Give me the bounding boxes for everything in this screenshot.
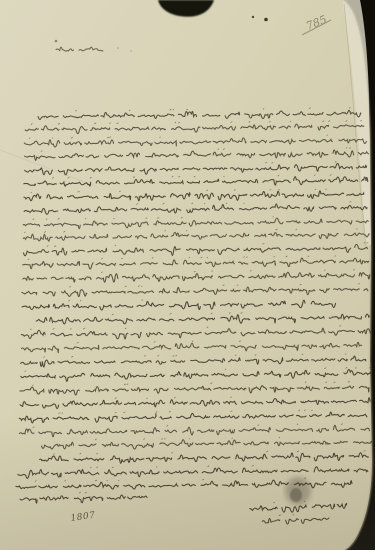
scanned-letter-page: 785 1807 bbox=[0, 0, 375, 550]
letter-scan-canvas: 785 1807 bbox=[0, 0, 375, 550]
bottom-vignette bbox=[0, 415, 375, 550]
ink-smudge bbox=[285, 477, 311, 505]
